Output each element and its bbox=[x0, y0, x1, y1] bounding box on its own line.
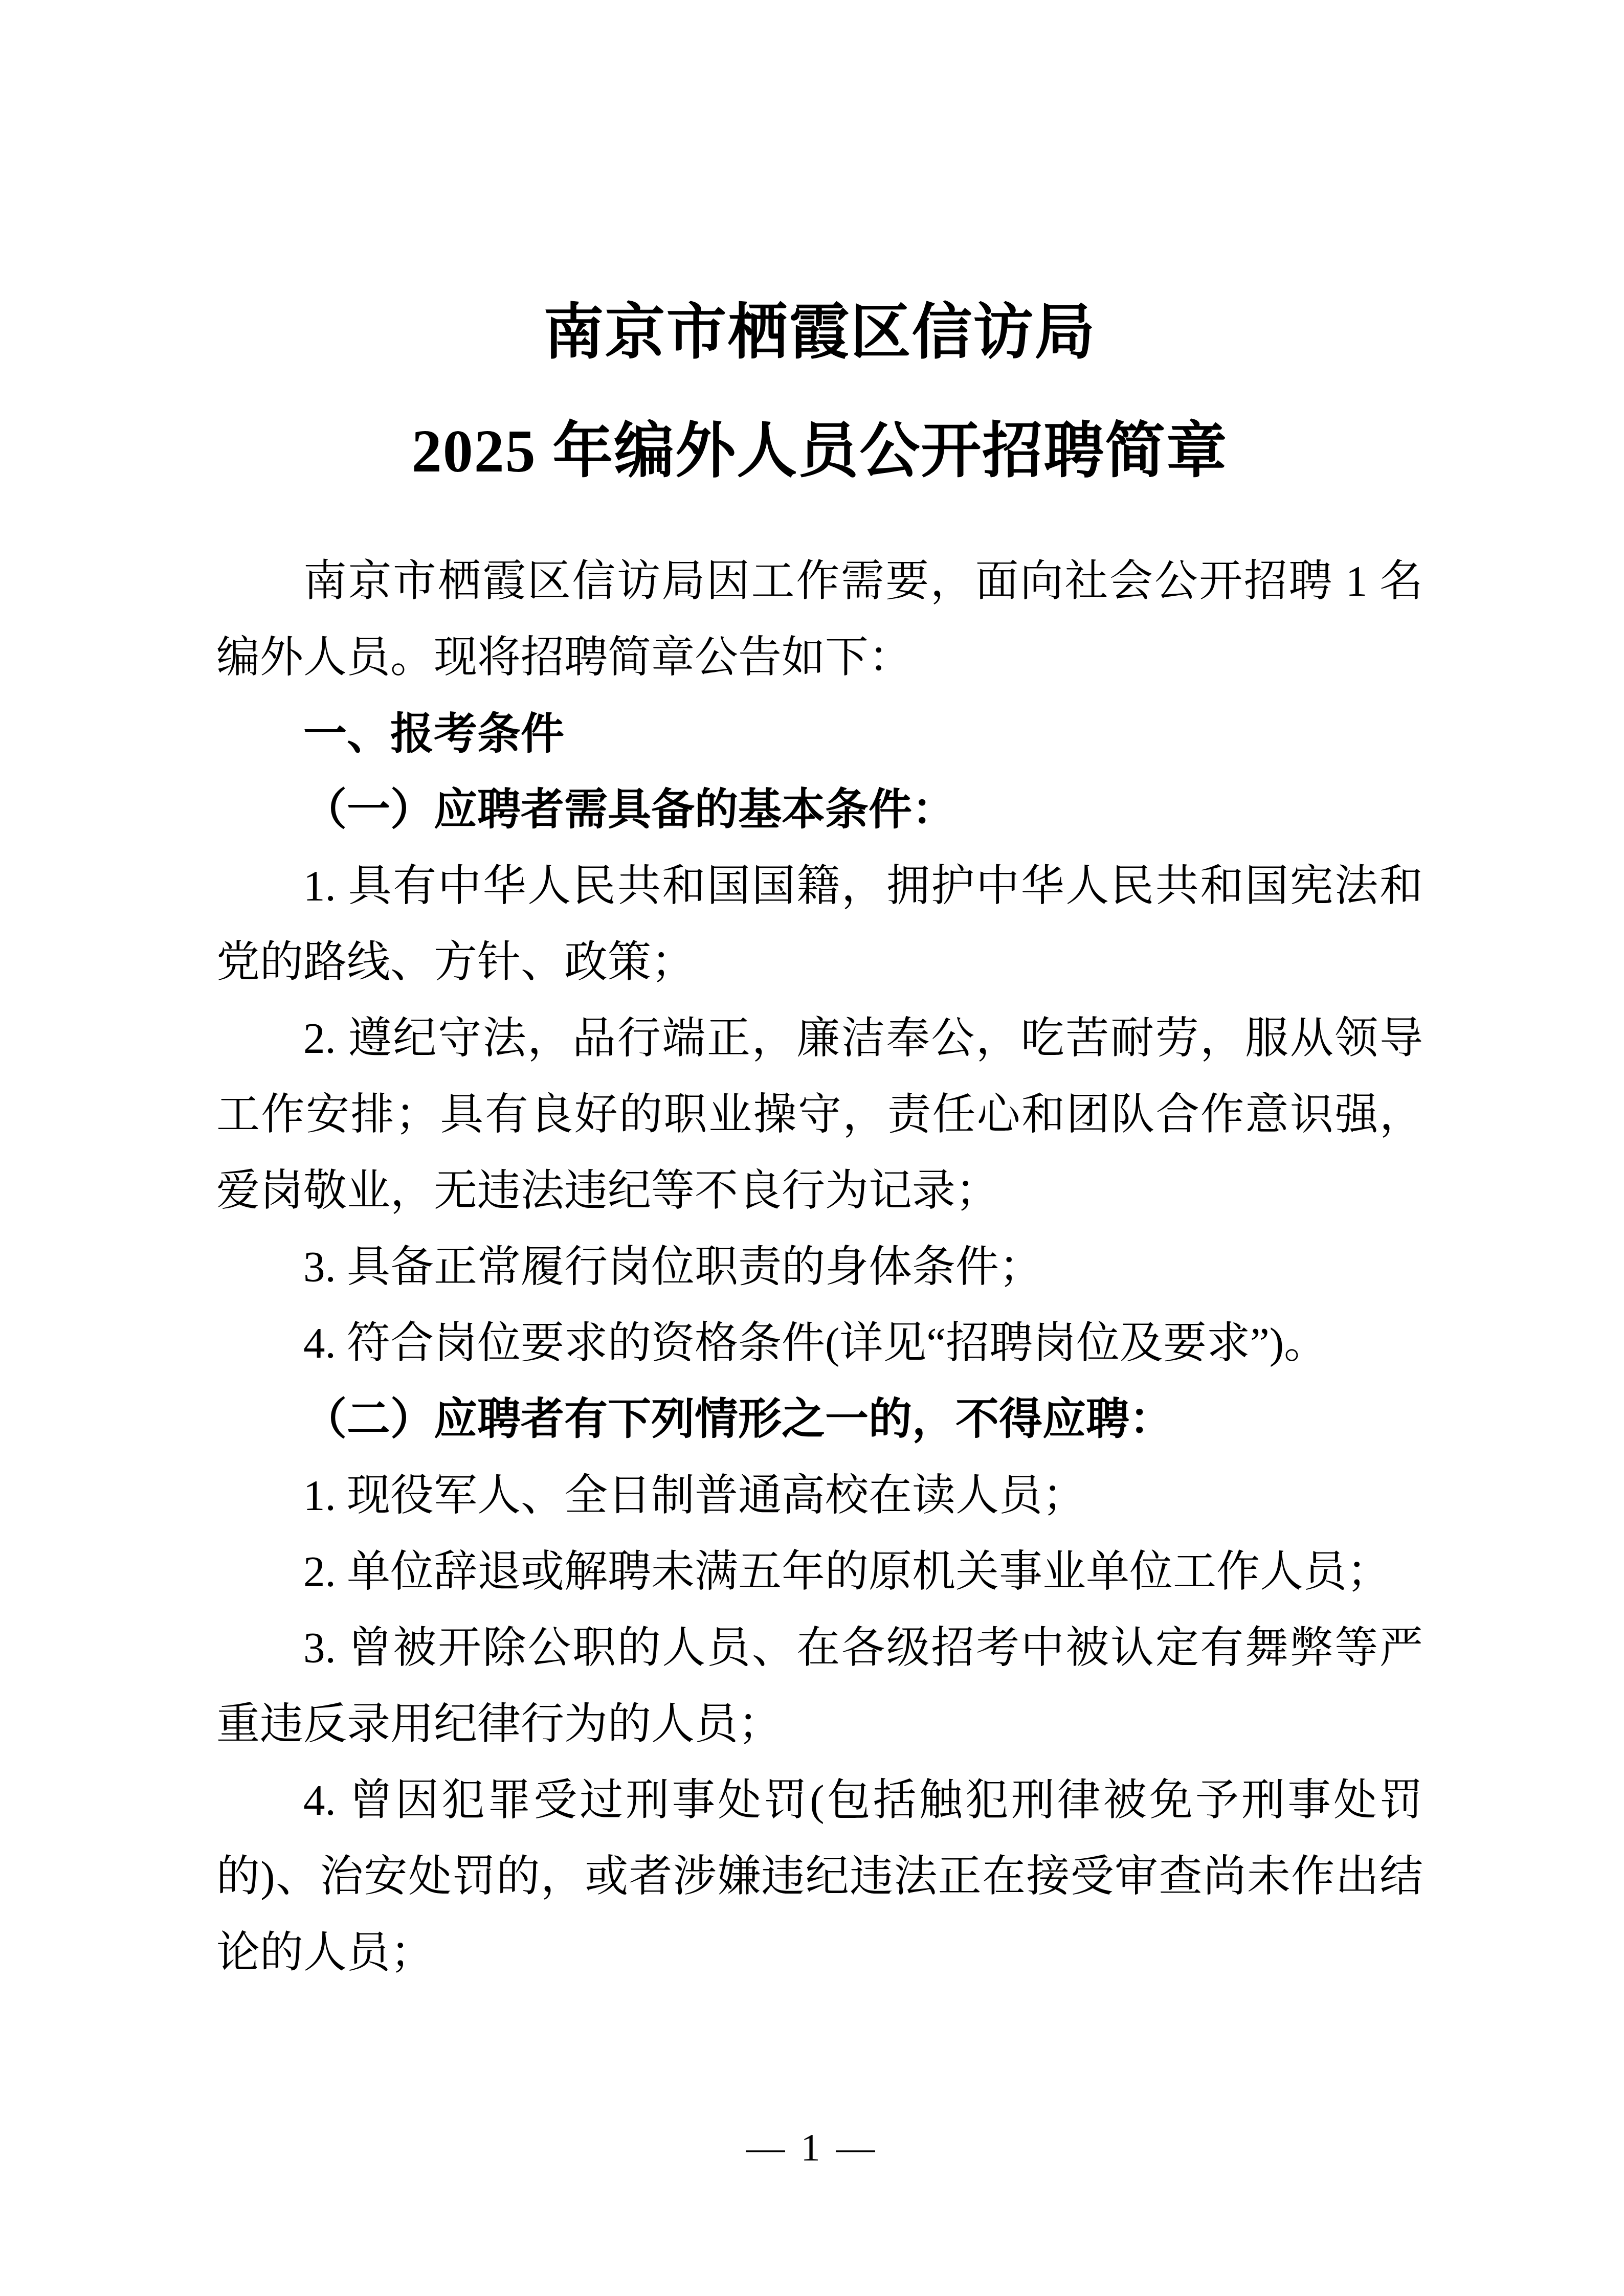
doc-title-line-2: 2025 年编外人员公开招聘简章 bbox=[216, 392, 1423, 511]
basic-condition-item-4: 4. 符合岗位要求的资格条件(详见“招聘岗位及要求”)。 bbox=[216, 1305, 1423, 1382]
page-number: — 1 — bbox=[746, 2126, 878, 2169]
doc-body: 南京市栖霞区信访局因工作需要，面向社会公开招聘 1 名编外人员。现将招聘简章公告… bbox=[216, 544, 1423, 1991]
document-page: 南京市栖霞区信访局 2025 年编外人员公开招聘简章 南京市栖霞区信访局因工作需… bbox=[0, 0, 1624, 2296]
exclusion-item-2: 2. 单位辞退或解聘未满五年的原机关事业单位工作人员； bbox=[216, 1534, 1423, 1610]
exclusion-item-4: 4. 曾因犯罪受过刑事处罚(包括触犯刑律被免予刑事处罚的)、治安处罚的，或者涉嫌… bbox=[216, 1763, 1423, 1991]
basic-condition-item-2: 2. 遵纪守法，品行端正，廉洁奉公，吃苦耐劳，服从领导工作安排；具有良好的职业操… bbox=[216, 1001, 1423, 1229]
exclusion-item-1: 1. 现役军人、全日制普通高校在读人员； bbox=[216, 1458, 1423, 1534]
basic-condition-item-1: 1. 具有中华人民共和国国籍，拥护中华人民共和国宪法和党的路线、方针、政策； bbox=[216, 848, 1423, 1001]
doc-title: 南京市栖霞区信访局 2025 年编外人员公开招聘简章 bbox=[216, 274, 1423, 511]
section-1-heading: 一、报考条件 bbox=[216, 696, 1423, 772]
section-1-sub-2-heading: （二）应聘者有下列情形之一的，不得应聘： bbox=[216, 1382, 1423, 1458]
exclusion-item-3: 3. 曾被开除公职的人员、在各级招考中被认定有舞弊等严重违反录用纪律行为的人员； bbox=[216, 1610, 1423, 1763]
intro-paragraph: 南京市栖霞区信访局因工作需要，面向社会公开招聘 1 名编外人员。现将招聘简章公告… bbox=[216, 544, 1423, 696]
page-footer: — 1 — bbox=[0, 2122, 1624, 2173]
basic-condition-item-3: 3. 具备正常履行岗位职责的身体条件； bbox=[216, 1229, 1423, 1305]
section-1-sub-1-heading: （一）应聘者需具备的基本条件： bbox=[216, 772, 1423, 848]
doc-title-line-1: 南京市栖霞区信访局 bbox=[216, 274, 1423, 392]
